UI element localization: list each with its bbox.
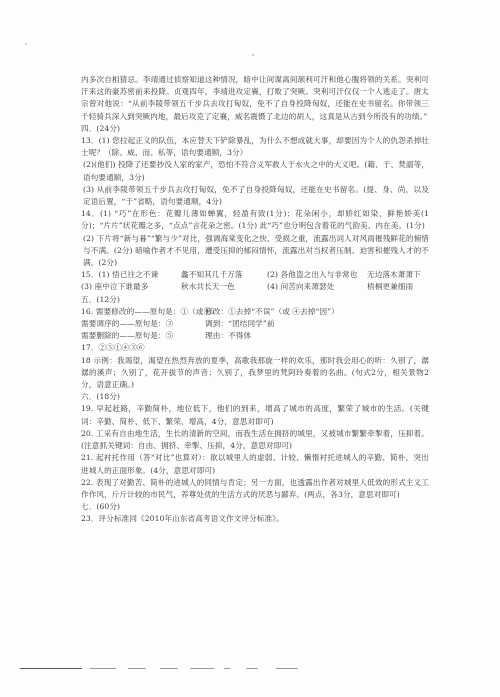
section-heading-5: 五．(12分): [81, 294, 429, 306]
answer-23: 23．评分标准同《2010年山东省高考语文作文评分标准》。: [81, 513, 429, 525]
footer-rule: [20, 668, 82, 669]
answer-18: 18 示例：我渴望，渴望在热烈奔放的夏季，高歌我那旋一样的欢乐，那时我会用心的听…: [81, 355, 429, 392]
answer-16-cell: 16. 需要修改的——原句是：①（或④）: [81, 306, 205, 318]
answer-14-1: 14．(1) “巧”在形色：花瓣儿薄如蝉翼，轻盈有致(1分)；花朵闲小，却娇红如…: [81, 208, 429, 232]
answer-16-row-1: 16. 需要修改的——原句是：①（或④） 修改：①去掉“不误”（或 ④去掉“因”…: [81, 306, 429, 318]
answer-19: 19. 早起赶路，辛勤简朴，地位低下，他们的到来，增高了城市的高度，繁荣了城市的…: [81, 403, 429, 427]
answer-15-cell: (4) 问苦向来萧瑟处: [267, 281, 367, 293]
answer-15-cell: (2) 各他盗之出入与非常也: [267, 269, 367, 281]
scan-speck: [252, 54, 254, 56]
intro-paragraph: 内多次自相猜忌。李靖通过侦察知道这种情况，暗中让间谍离间颉利可汗和他心腹将领的关…: [81, 74, 429, 123]
answer-15-row-1: 15．(1) 悟已往之不谏 蠡不知其几千万落 (2) 各他盗之出入与非常也 无边…: [81, 269, 429, 281]
answer-20: 20. 工采有自由地生活，生长的清新的空间，而我生活在拥挤的城里，又被城市繁繁牵…: [81, 428, 429, 452]
answer-13-3: (3) 从前李陵带领五千步兵去攻打匈奴，免不了自身投降匈奴，还能在史书留名。(提…: [81, 184, 429, 208]
answer-21: 21. 起衬托作用（答“对比”也算对）：欲以城里人的虚弱、计较、懒惰衬托进城人的…: [81, 452, 429, 476]
answer-14-2: (2) 下片将“新与暮”“繁与少”对比，强调海棠变化之快、受损之重，流露出词人对…: [81, 233, 429, 270]
footer-dash: [276, 668, 298, 669]
section-heading-4: 四．(24分): [81, 123, 429, 135]
answer-key-text: 内多次自相猜忌。李靖通过侦察知道这种情况，暗中让间谍离间颉利可汗和他心腹将领的关…: [81, 74, 429, 526]
answer-17: 17．②⑤①④③⑥: [81, 342, 429, 354]
answer-15-cell: 蠡不知其几千万落: [181, 269, 267, 281]
scanned-page: 内多次自相猜忌。李靖通过侦察知道这种情况，暗中让间谍离间颉利可汗和他心腹将领的关…: [0, 0, 500, 697]
answer-15-cell: 梧桐更兼细雨: [367, 281, 413, 293]
answer-13-2: (2)(他们) 投降了还要抄没人家的家产，恐怕不符合义军救人于水火之中的大义吧。…: [81, 159, 429, 183]
footer-dash: [246, 668, 258, 669]
footer-dash: [224, 668, 230, 669]
answer-15-cell: (3) 座中泣下谁最多: [81, 281, 181, 293]
footer-dash: [190, 668, 214, 669]
answer-15-cell: 秋水共长天一色: [181, 281, 267, 293]
answer-16-row-3: 需要删除的——原句是：⑤ 理由：不得体: [81, 330, 429, 342]
answer-15-cell: 15．(1) 悟已往之不谏: [81, 269, 181, 281]
answer-16-cell: 需要删除的——原句是：⑤: [81, 330, 205, 342]
answer-15-cell: 无边落木萧萧下: [367, 269, 421, 281]
section-heading-7: 七．(60分): [81, 501, 429, 513]
answer-16-cell: 修改：①去掉“不误”（或 ④去掉“因”）: [205, 306, 339, 318]
answer-16-cell: 调到：“团结同学”前: [205, 318, 275, 330]
answer-13-1: 13．(1) 您拉起正义的队伍，本应替天下铲除暴乱，为什么不想成就大事，却要因为…: [81, 135, 429, 159]
footer-dash: [128, 668, 146, 669]
answer-16-cell: 理由：不得体: [205, 330, 251, 342]
answer-22: 22. 表现了对勤苦、简朴的进城人的同情与肯定；另一方面，也透露出作者对城里人低…: [81, 477, 429, 501]
footer-dash: [90, 668, 116, 669]
section-heading-6: 六．(18分): [81, 391, 429, 403]
footer-dash: [160, 668, 178, 669]
answer-15-row-2: (3) 座中泣下谁最多 秋水共长天一色 (4) 问苦向来萧瑟处 梧桐更兼细雨: [81, 281, 429, 293]
answer-16-cell: 需要调序的——原句是：③: [81, 318, 205, 330]
answer-16-row-2: 需要调序的——原句是：③ 调到：“团结同学”前: [81, 318, 429, 330]
scan-speck: [25, 43, 27, 45]
